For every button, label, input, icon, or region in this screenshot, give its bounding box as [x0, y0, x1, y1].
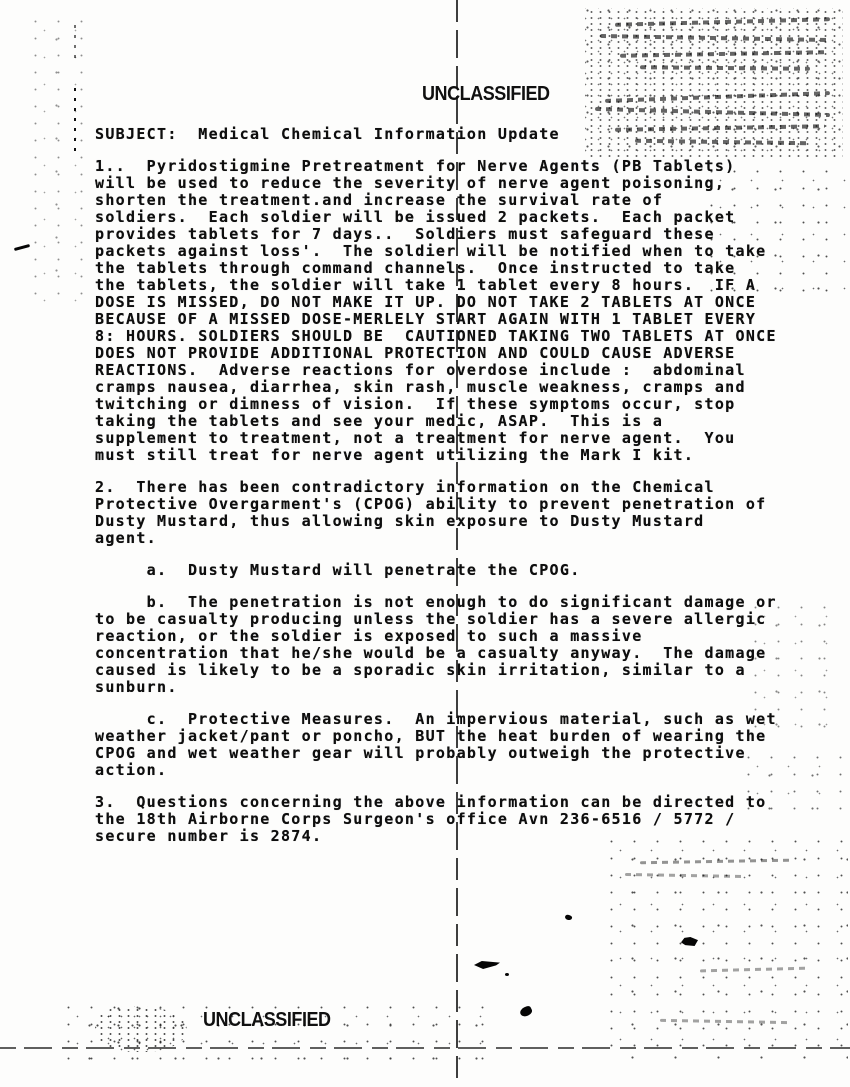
memo-body: SUBJECT: Medical Chemical Information Up…	[95, 126, 795, 860]
scan-dotted-mark	[74, 88, 76, 153]
classification-header: UNCLASSIFIED	[422, 83, 550, 106]
scan-noise-bottom-right	[598, 832, 848, 1060]
scan-noise-left-margin	[22, 12, 92, 302]
scan-mark	[505, 973, 509, 976]
scan-dotted-mark	[74, 25, 76, 65]
subparagraph-2a: a. Dusty Mustard will penetrate the CPOG…	[95, 562, 795, 579]
subparagraph-2b: b. The penetration is not enough to do s…	[95, 594, 795, 696]
scan-mark-arrow	[474, 961, 500, 969]
scan-mark	[519, 1005, 534, 1018]
scan-noise-footer-blob	[95, 1006, 187, 1052]
scan-noise-right-lower	[735, 748, 845, 818]
subparagraph-2c: c. Protective Measures. An impervious ma…	[95, 711, 795, 779]
document-page: UNCLASSIFIED UNCLASSIFIED SUBJECT: Medic…	[0, 0, 850, 1087]
paragraph-1: 1.. Pyridostigmine Pretreatment for Nerv…	[95, 158, 795, 464]
paragraph-2: 2. There has been contradictory informat…	[95, 479, 795, 547]
scan-noise-right-upper	[698, 162, 848, 302]
scan-noise-right-mid	[742, 598, 842, 733]
scan-mark	[564, 914, 572, 921]
scan-noise-top-right	[585, 8, 843, 158]
